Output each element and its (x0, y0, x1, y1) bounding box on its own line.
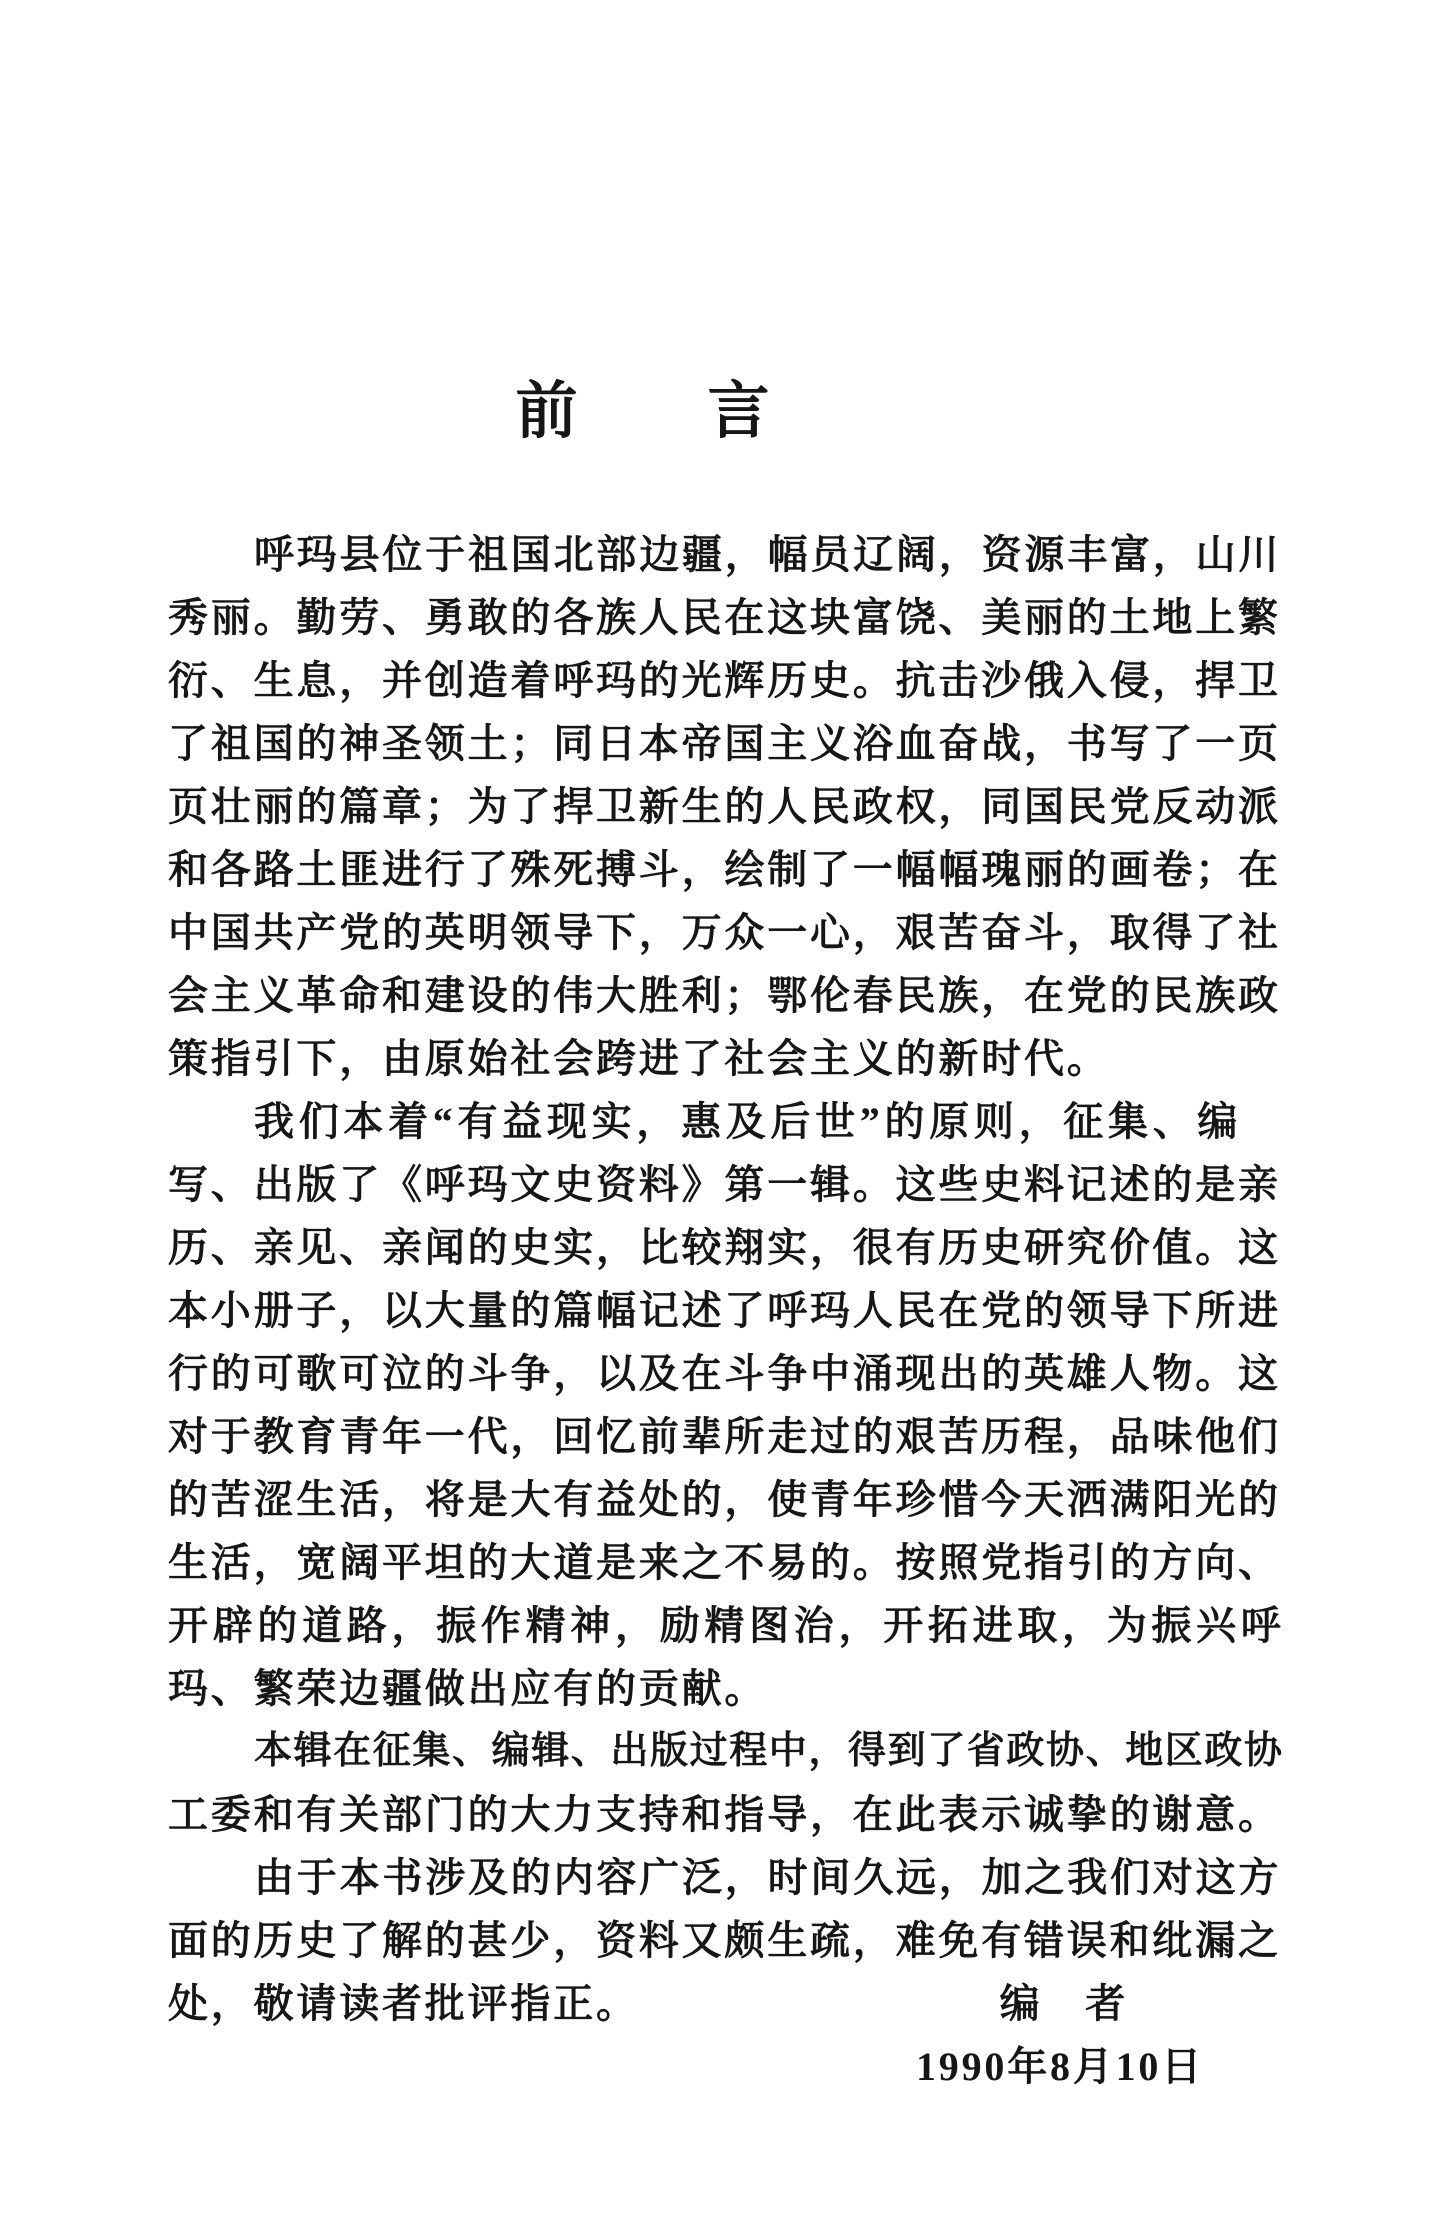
paragraph-lines: 呼玛县位于祖国北部边疆，幅员辽阔，资源丰富，山川秀丽。勤劳、勇敢的各族人民在这块… (168, 523, 1283, 2035)
text-line: 衍、生息，并创造着呼玛的光辉历史。抗击沙俄入侵，捍卫 (168, 649, 1283, 712)
text-line: 本小册子，以大量的篇幅记述了呼玛人民在党的领导下所进 (168, 1279, 1283, 1342)
date-line: 1990年8月10日 (168, 2035, 1283, 2098)
editor-signature: 编 者 (1000, 1972, 1128, 2035)
text-line: 本辑在征集、编辑、出版过程中，得到了省政协、地区政协 (168, 1720, 1283, 1783)
text-line: 由于本书涉及的内容广泛，时间久远，加之我们对这方 (168, 1846, 1283, 1909)
text-line: 开辟的道路，振作精神，励精图治，开拓进取，为振兴呼 (168, 1594, 1283, 1657)
text-line: 页壮丽的篇章；为了捍卫新生的人民政权，同国民党反动派 (168, 775, 1283, 838)
page-title: 前 言 (86, 376, 1201, 448)
text-line: 对于教育青年一代，回忆前辈所走过的艰苦历程，品味他们 (168, 1405, 1283, 1468)
body-text: 呼玛县位于祖国北部边疆，幅员辽阔，资源丰富，山川秀丽。勤劳、勇敢的各族人民在这块… (168, 523, 1283, 2098)
text-line: 面的历史了解的甚少，资料又颇生疏，难免有错误和纰漏之 (168, 1909, 1283, 1972)
text-line: 的苦涩生活，将是大有益处的，使青年珍惜今天洒满阳光的 (168, 1468, 1283, 1531)
text-line: 历、亲见、亲闻的史实，比较翔实，很有历史研究价值。这 (168, 1216, 1283, 1279)
text-line: 我们本着“有益现实，惠及后世”的原则，征集、编 (168, 1090, 1283, 1153)
text-line: 了祖国的神圣领土；同日本帝国主义浴血奋战，书写了一页 (168, 712, 1283, 775)
text-line: 写、出版了《呼玛文史资料》第一辑。这些史料记述的是亲 (168, 1153, 1283, 1216)
text-line: 工委和有关部门的大力支持和指导，在此表示诚挚的谢意。 (168, 1783, 1283, 1846)
text-line: 处，敬请读者批评指正。编 者 (168, 1972, 1283, 2035)
text-line: 秀丽。勤劳、勇敢的各族人民在这块富饶、美丽的土地上繁 (168, 586, 1283, 649)
scanned-book-page: 前 言 呼玛县位于祖国北部边疆，幅员辽阔，资源丰富，山川秀丽。勤劳、勇敢的各族人… (0, 0, 1451, 2223)
text-line: 会主义革命和建设的伟大胜利；鄂伦春民族，在党的民族政 (168, 964, 1283, 1027)
text-line: 中国共产党的英明领导下，万众一心，艰苦奋斗，取得了社 (168, 901, 1283, 964)
text-line: 生活，宽阔平坦的大道是来之不易的。按照党指引的方向、 (168, 1531, 1283, 1594)
text-line: 行的可歌可泣的斗争，以及在斗争中涌现出的英雄人物。这 (168, 1342, 1283, 1405)
text-line: 玛、繁荣边疆做出应有的贡献。 (168, 1657, 1283, 1720)
text-line: 和各路土匪进行了殊死搏斗，绘制了一幅幅瑰丽的画卷；在 (168, 838, 1283, 901)
text-line: 呼玛县位于祖国北部边疆，幅员辽阔，资源丰富，山川 (168, 523, 1283, 586)
text-line: 策指引下，由原始社会跨进了社会主义的新时代。 (168, 1027, 1283, 1090)
